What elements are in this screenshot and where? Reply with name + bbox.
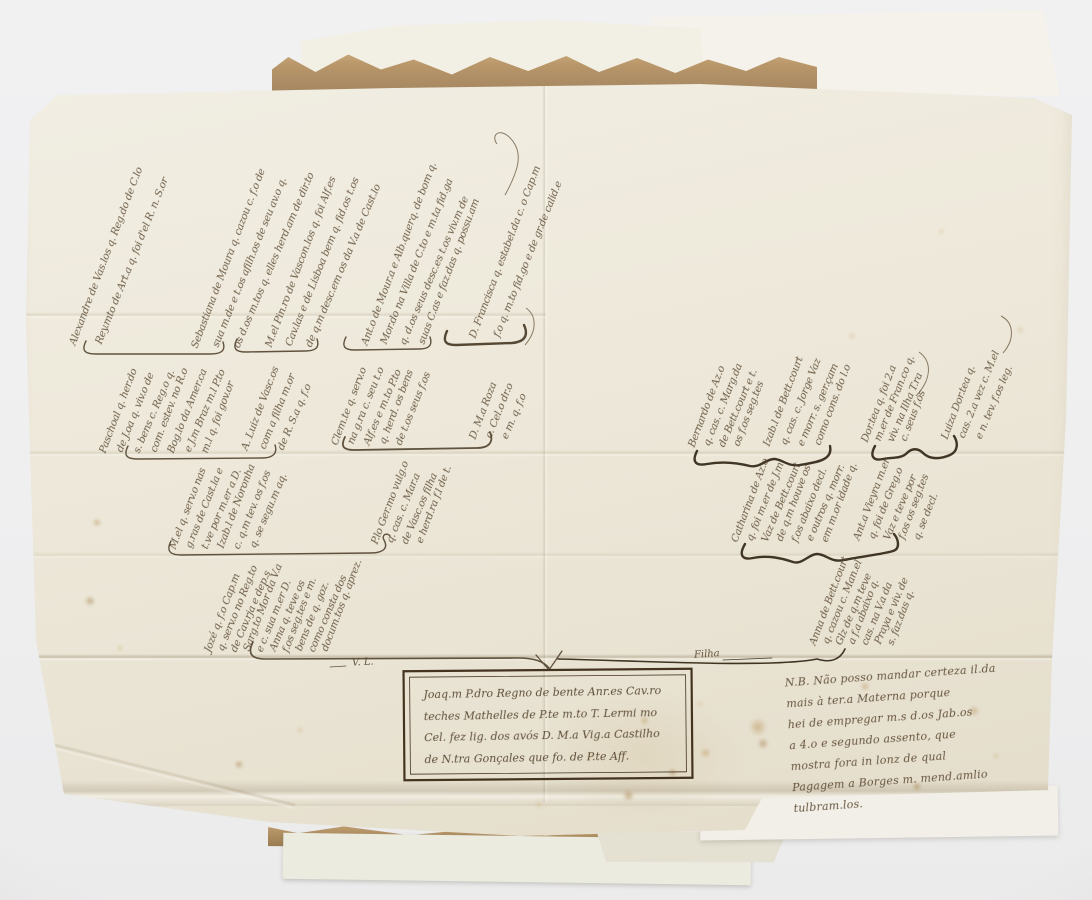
foxing-spot xyxy=(84,596,96,606)
horizontal-fold-crease xyxy=(26,552,1072,559)
foxing-spot xyxy=(92,518,102,527)
foxing-spot xyxy=(234,760,244,769)
foxing-spot xyxy=(1016,326,1025,334)
horizontal-fold-crease xyxy=(26,450,1072,457)
foxing-spot xyxy=(748,718,768,736)
branch-label-right: Filha xyxy=(694,648,720,661)
foxing-spot xyxy=(116,644,124,652)
foxing-spot xyxy=(296,726,304,734)
branch-label-left: V. L. xyxy=(352,656,374,668)
manuscript-photo: Alexandre de Vas.los q. Reg.do de C.loRe… xyxy=(0,0,1092,900)
foxing-spot xyxy=(848,332,856,340)
nb-annotation: N.B. Não posso mandar certeza il.da mais… xyxy=(784,656,1032,819)
foxing-spot xyxy=(534,800,544,809)
foxing-spot xyxy=(757,738,769,749)
center-box-inscription: Joaq.m P.dro Regno de bente Anr.es Cav.r… xyxy=(423,680,676,770)
diagonal-fold-crease xyxy=(51,742,296,810)
horizontal-fold-crease xyxy=(26,654,1072,661)
foxing-spot xyxy=(938,228,945,235)
